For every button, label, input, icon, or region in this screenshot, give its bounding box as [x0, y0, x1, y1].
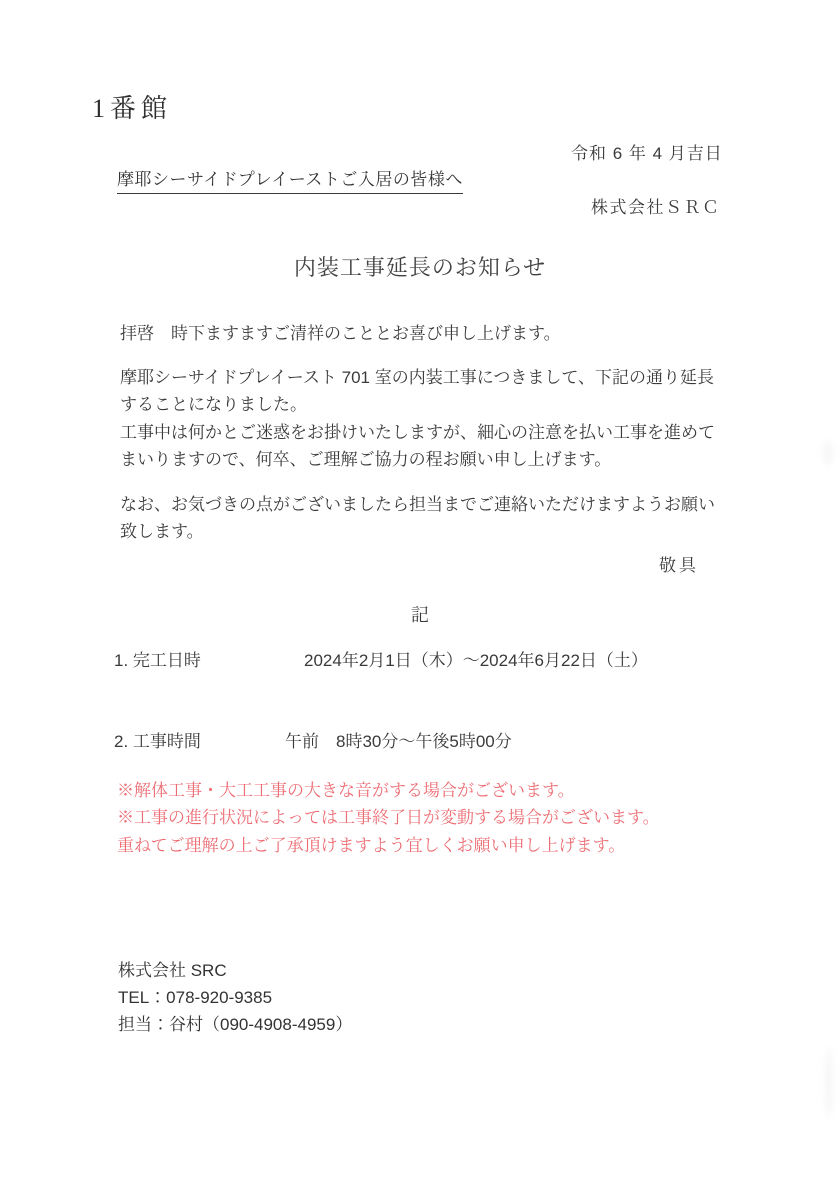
contact-company: 株式会社 SRC [118, 957, 352, 984]
warnings-block: ※解体工事・大工工事の大きな音がする場合がございます。 ※工事の進行状況によって… [117, 777, 777, 859]
warning-line: ※解体工事・大工工事の大きな音がする場合がございます。 [117, 777, 777, 804]
document-title: 内装工事延長のお知らせ [0, 251, 840, 282]
item-value: 午前 8時30分～午後5時00分 [285, 731, 512, 753]
item-value: 2024年2月1日（木）～2024年6月22日（土） [304, 650, 648, 672]
item-label: 1. 完工日時 [114, 650, 201, 672]
addressee-line: 摩耶シーサイドプレイーストご入居の皆様へ [117, 165, 463, 194]
contact-block: 株式会社 SRC TEL：078-920-9385 担当：谷村（090-4908… [118, 957, 352, 1038]
body-line: することになりました。 [120, 391, 760, 418]
scan-smudge [824, 1048, 834, 1118]
contact-person: 担当：谷村（090-4908-4959） [118, 1011, 352, 1038]
warning-line: ※工事の進行状況によっては工事終了日が変動する場合がございます。 [117, 804, 777, 831]
followup-paragraph: なお、お気づきの点がございましたら担当までご連絡いただけますようお願い 致します… [120, 491, 760, 546]
followup-line: 致します。 [120, 518, 760, 545]
warning-line: 重ねてご理解の上ご了承頂けますよう宜しくお願い申し上げます。 [117, 832, 777, 859]
building-label: 1番館 [92, 88, 172, 125]
body-line: 工事中は何かとご迷惑をお掛けいたしますが、細心の注意を払い工事を進めて [120, 419, 760, 446]
scan-smudge [822, 440, 834, 466]
item-label: 2. 工事時間 [114, 731, 201, 753]
followup-line: なお、お気づきの点がございましたら担当までご連絡いただけますようお願い [120, 491, 760, 518]
body-line: まいりますので、何卒、ご理解ご協力の程お願い申し上げます。 [120, 446, 760, 473]
record-marker: 記 [0, 601, 840, 627]
body-line: 摩耶シーサイドプレイースト 701 室の内装工事につきまして、下記の通り延長 [120, 364, 760, 391]
body-paragraph: 摩耶シーサイドプレイースト 701 室の内装工事につきまして、下記の通り延長 す… [120, 364, 760, 474]
issue-date: 令和 6 年 4 月吉日 [571, 139, 723, 164]
greeting-line: 拝啓 時下ますますご清祥のこととお喜び申し上げます。 [120, 323, 561, 345]
contact-tel: TEL：078-920-9385 [118, 984, 352, 1011]
letter-page: 1番館 令和 6 年 4 月吉日 摩耶シーサイドプレイーストご入居の皆様へ 株式… [0, 0, 840, 1187]
sender-company: 株式会社ＳＲＣ [591, 193, 721, 218]
closing-keigu: 敬具 [659, 551, 699, 576]
